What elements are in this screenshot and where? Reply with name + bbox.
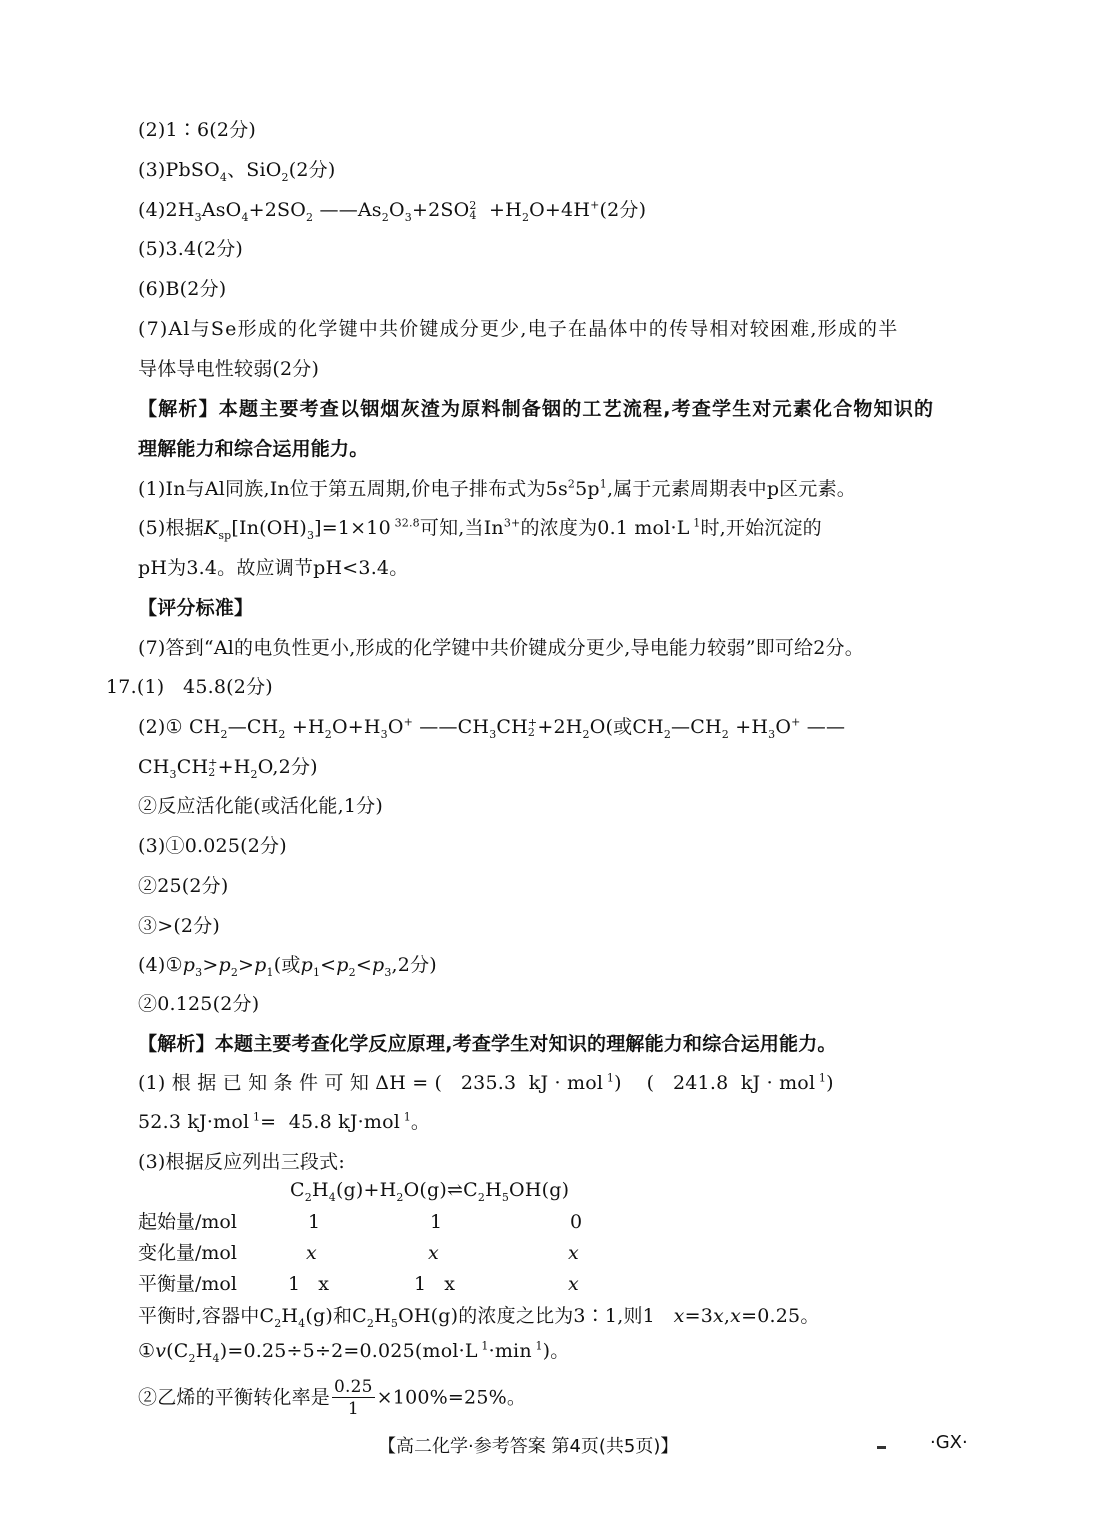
analysis-17-heading: 【解析】本题主要考查化学反应原理,考查学生对知识的理解能力和综合运用能力。 [138, 1032, 837, 1056]
analysis-16-point-5-line2: pH为3.4。故应调节pH<3.4。 [138, 556, 408, 580]
text: > [238, 954, 254, 976]
text: (1) 根 据 已 知 条 件 可 知 ΔH = ( 235.3 kJ · mo… [138, 1072, 603, 1094]
text: (或 [274, 954, 301, 976]
subscript: 2 [325, 728, 332, 741]
text: +2SO [412, 199, 469, 221]
subscript: 5 [391, 1317, 398, 1330]
subscript: 3 [384, 966, 391, 979]
cell: x [428, 1241, 439, 1265]
cell: 0 [570, 1210, 582, 1234]
text: O [388, 716, 404, 738]
subscript: 2 [664, 728, 671, 741]
subscript: 2 [583, 728, 590, 741]
subscript: 2 [221, 728, 228, 741]
text: (1) 45.8(2分) [137, 676, 273, 698]
answer-17-1: 17.(1) 45.8(2分) [106, 675, 273, 699]
superscript: + [404, 716, 413, 729]
cell: 1 [430, 1210, 442, 1234]
answer-17-2-2: ②反应活化能(或活化能,1分) [138, 794, 383, 818]
text: 。 [411, 1111, 430, 1133]
superscript: 32.8 [391, 517, 420, 530]
subscript: 4 [213, 1352, 220, 1365]
text: CH [177, 756, 209, 778]
text: +H [477, 199, 522, 221]
answer-17-2-equation-line1: (2)① CH2—CH2 +H2O+H3O+ ——CH3CH+2+2H2O(或C… [138, 715, 845, 739]
text: ②乙烯的平衡转化率是 [138, 1387, 330, 1409]
text: x [674, 1305, 685, 1327]
subscript: 2 [382, 211, 389, 224]
text: +H [218, 756, 251, 778]
text: (2分) [289, 159, 336, 181]
text: —CH [671, 716, 722, 738]
text: p [336, 954, 348, 976]
superscript: 1 [400, 1111, 411, 1124]
subscript: 2 [208, 768, 217, 778]
text: O+4H [529, 199, 590, 221]
subscript: 2 [528, 728, 537, 738]
superscript: 1 [690, 517, 701, 530]
row-label: 平衡量/mol [138, 1272, 237, 1296]
text: ×100%=25%。 [377, 1387, 526, 1409]
text: (2)① CH [138, 716, 221, 738]
text: (3)PbSO [138, 159, 220, 181]
answer-17-4-2: ②0.125(2分) [138, 992, 259, 1016]
subscript: 3 [195, 211, 202, 224]
text: (C [166, 1340, 188, 1362]
text: O(或CH [590, 716, 664, 738]
subscript: sp [218, 529, 231, 542]
subscript: 2 [305, 1191, 312, 1204]
text: ,2分) [392, 954, 437, 976]
text: OH(g) [509, 1179, 569, 1201]
numerator: 0.25 [332, 1377, 375, 1398]
subscript: 4 [469, 211, 476, 221]
analysis-16-point-1: (1)In与Al同族,In位于第五周期,价电子排布式为5s25p1,属于元素周期… [138, 477, 856, 501]
superscript: + [791, 716, 800, 729]
text: +2H [537, 716, 582, 738]
text: = 45.8 kJ·mol [260, 1111, 400, 1133]
superscript: 1 [603, 1072, 614, 1085]
subscript: 1 [267, 966, 274, 979]
text: ) ( 241.8 kJ · mol [614, 1072, 815, 1094]
text: H [312, 1179, 329, 1201]
text: OH(g)的浓度之比为3∶1,则1 [398, 1305, 674, 1327]
subscript: 4 [220, 171, 227, 184]
row-label: 起始量/mol [138, 1210, 237, 1234]
cell: x [568, 1272, 579, 1296]
grading-16-heading: 【评分标准】 [138, 596, 253, 620]
text: +2SO [249, 199, 306, 221]
superscript: 1 [478, 1340, 489, 1353]
fraction: 0.251 [332, 1377, 375, 1420]
subscript: 4 [241, 211, 248, 224]
text: ,属于元素周期表中p区元素。 [607, 478, 856, 500]
subscript: 2 [478, 1191, 485, 1204]
subscript: 2 [349, 966, 356, 979]
text: 5p [575, 478, 600, 500]
text: < [320, 954, 336, 976]
text: x [730, 1305, 741, 1327]
subscript: 2 [278, 728, 285, 741]
subscript: 4 [329, 1191, 336, 1204]
text: O [775, 716, 791, 738]
text: 52.3 kJ·mol [138, 1111, 249, 1133]
answer-16-3: (3)PbSO4、SiO2(2分) [138, 158, 335, 182]
answer-16-7-line1: (7)Al与Se形成的化学键中共价键成分更少,电子在晶体中的传导相对较困难,形成… [138, 317, 898, 341]
answer-16-2: (2)1∶6(2分) [138, 118, 256, 142]
text: (g)+H [336, 1179, 396, 1201]
subscript: 2 [722, 728, 729, 741]
text: (4)2H [138, 199, 195, 221]
text: H [374, 1305, 391, 1327]
text: v [155, 1340, 166, 1362]
text: 时,开始沉淀的 [700, 517, 821, 539]
superscript: 3+ [504, 517, 521, 530]
text: —CH [228, 716, 279, 738]
text: O [389, 199, 405, 221]
text: 的浓度为0.1 mol·L [520, 517, 689, 539]
text: =0.25。 [741, 1305, 819, 1327]
text: )=0.25÷5÷2=0.025(mol·L [220, 1340, 478, 1362]
text: H [196, 1340, 213, 1362]
answer-page: (2)1∶6(2分) (3)PbSO4、SiO2(2分) (4)2H3AsO4+… [0, 0, 1093, 1536]
subscript: 3 [381, 728, 388, 741]
analysis-16-heading-line2: 理解能力和综合运用能力。 [138, 437, 368, 461]
answer-17-3-3: ③>(2分) [138, 914, 220, 938]
analysis-17-rate: ①v(C2H4)=0.25÷5÷2=0.025(mol·L 1·min 1)。 [138, 1339, 570, 1363]
text: (4)① [138, 954, 183, 976]
answer-17-3-2: ②25(2分) [138, 874, 229, 898]
text: H [281, 1305, 298, 1327]
text: +H [286, 716, 325, 738]
text: [In(OH) [231, 517, 307, 539]
text: C [290, 1179, 305, 1201]
text: 、SiO [227, 159, 281, 181]
subscript: 5 [502, 1191, 509, 1204]
text: < [356, 954, 372, 976]
text: ) [826, 1072, 834, 1094]
text: (2分) [600, 199, 647, 221]
text: 可知,当In [420, 517, 504, 539]
analysis-17-conversion: ②乙烯的平衡转化率是0.251×100%=25%。 [138, 1377, 526, 1420]
cell: x [568, 1241, 579, 1265]
text: ——As [313, 199, 382, 221]
subscript: 2 [189, 1352, 196, 1365]
question-number: 17. [106, 676, 137, 698]
answer-17-4-1: (4)①p3>p2>p1(或p1<p2<p3,2分) [138, 953, 437, 977]
text: CH [138, 756, 170, 778]
equilibrium-equation: C2H4(g)+H2O(g)⇌C2H5OH(g) [290, 1178, 569, 1202]
analysis-17-equilibrium-ratio: 平衡时,容器中C2H4(g)和C2H5OH(g)的浓度之比为3∶1,则1 x=3… [138, 1304, 820, 1328]
text: (1)In与Al同族,In位于第五周期,价电子排布式为5s [138, 478, 568, 500]
text: ① [138, 1340, 155, 1362]
footer-mark [877, 1446, 886, 1449]
superscript: + [590, 199, 599, 212]
subscript: 2 [231, 966, 238, 979]
cell: 1 x [288, 1272, 329, 1296]
answer-16-4-equation: (4)2H3AsO4+2SO2 ——As2O3+2SO24 +H2O+4H+(2… [138, 198, 646, 222]
row-label: 变化量/mol [138, 1241, 237, 1265]
subscript: 2 [282, 171, 289, 184]
subscript: 2 [396, 1191, 403, 1204]
answer-16-6: (6)B(2分) [138, 277, 226, 301]
answer-16-7-line2: 导体导电性较弱(2分) [138, 357, 319, 381]
text: CH [496, 716, 528, 738]
analysis-17-point-1-line1: (1) 根 据 已 知 条 件 可 知 ΔH = ( 235.3 kJ · mo… [138, 1071, 834, 1095]
text: p [372, 954, 384, 976]
superscript: 1 [815, 1072, 826, 1085]
text: p [183, 954, 195, 976]
text: p [301, 954, 313, 976]
text: )。 [543, 1340, 570, 1362]
analysis-17-point-1-line2: 52.3 kJ·mol 1= 45.8 kJ·mol 1。 [138, 1110, 430, 1134]
text: x [713, 1305, 724, 1327]
text: (5)根据 [138, 517, 204, 539]
text: +H [729, 716, 768, 738]
text: K [204, 517, 218, 539]
text: ]=1×10 [314, 517, 391, 539]
analysis-16-heading-line1: 【解析】本题主要考查以铟烟灰渣为原料制备铟的工艺流程,考查学生对元素化合物知识的 [138, 397, 934, 421]
text: O,2分) [258, 756, 318, 778]
analysis-16-point-5-line1: (5)根据Ksp[In(OH)3]=1×10 32.8可知,当In3+的浓度为0… [138, 516, 822, 540]
cell: 1 x [414, 1272, 455, 1296]
denominator: 1 [332, 1398, 375, 1420]
superscript: 1 [532, 1340, 543, 1353]
text: p [254, 954, 266, 976]
text: AsO [202, 199, 242, 221]
text: (g)和C [305, 1305, 367, 1327]
text: 平衡时,容器中C [138, 1305, 274, 1327]
text: ——CH [413, 716, 489, 738]
text: > [202, 954, 218, 976]
answer-17-3-1: (3)①0.025(2分) [138, 834, 287, 858]
text: =3 [685, 1305, 713, 1327]
page-footer-code: ·GX· [930, 1432, 968, 1453]
cell: 1 [308, 1210, 320, 1234]
cell: x [306, 1241, 317, 1265]
analysis-17-point-3-intro: (3)根据反应列出三段式: [138, 1150, 345, 1174]
text: O(g)⇌C [404, 1179, 478, 1201]
superscript: 1 [600, 478, 607, 491]
answer-16-5: (5)3.4(2分) [138, 237, 243, 261]
superscript: 1 [249, 1111, 260, 1124]
answer-17-2-equation-line2: CH3CH+2+H2O,2分) [138, 755, 318, 779]
text: O+H [332, 716, 381, 738]
subscript: 3 [170, 768, 177, 781]
grading-16-point-7: (7)答到“Al的电负性更小,形成的化学键中共价键成分更少,导电能力较弱”即可给… [138, 636, 864, 660]
text: ·min [489, 1340, 532, 1362]
text: H [485, 1179, 502, 1201]
text: p [218, 954, 230, 976]
subscript: 3 [405, 211, 412, 224]
text: —— [801, 716, 846, 738]
subscript: 2 [251, 768, 258, 781]
page-footer-label: 【高二化学·参考答案 第4页(共5页)】 [378, 1432, 678, 1458]
